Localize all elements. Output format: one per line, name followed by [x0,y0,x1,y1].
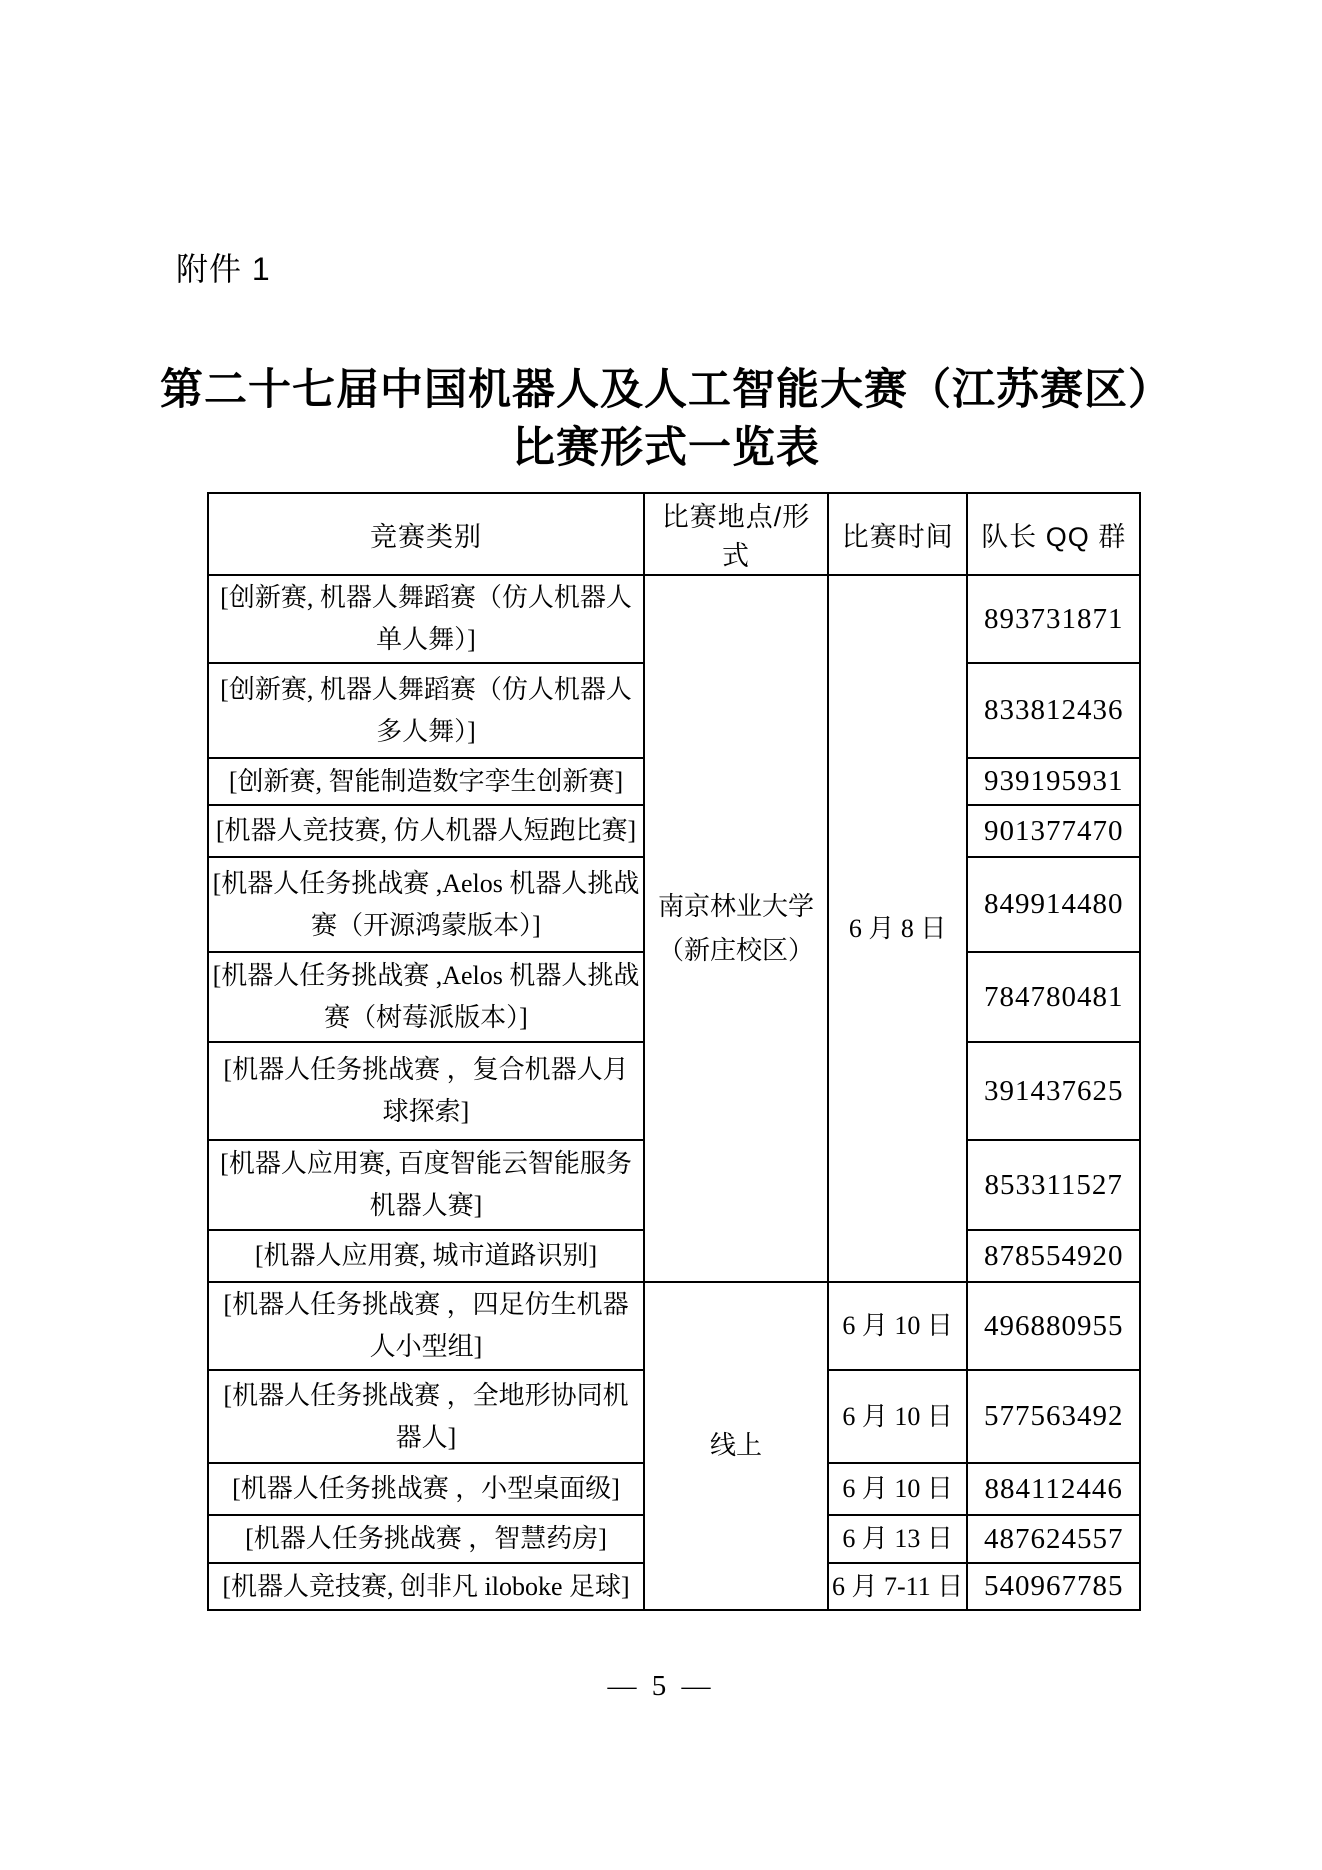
category-cell: [机器人任务挑战赛 ，全地形协同机器人] [208,1370,644,1463]
category-cell: [创新赛, 机器人舞蹈赛（仿人机器人单人舞）] [208,575,644,663]
column-header-qq: 队长 QQ 群 [967,493,1140,575]
time-cell: 6 月 10 日 [828,1370,967,1463]
qq-cell: 833812436 [967,663,1140,758]
qq-cell: 901377470 [967,805,1140,857]
table-header-row: 竞赛类别 比赛地点/形式 比赛时间 队长 QQ 群 [208,493,1140,575]
qq-cell: 939195931 [967,758,1140,805]
time-cell: 6 月 13 日 [828,1515,967,1563]
qq-cell: 784780481 [967,952,1140,1042]
qq-cell: 878554920 [967,1230,1140,1282]
category-cell: [机器人任务挑战赛 ,Aelos 机器人挑战赛（树莓派版本）] [208,952,644,1042]
table-row: [创新赛, 机器人舞蹈赛（仿人机器人单人舞）] 南京林业大学 （新庄校区） 6 … [208,575,1140,663]
competition-table: 竞赛类别 比赛地点/形式 比赛时间 队长 QQ 群 [创新赛, 机器人舞蹈赛（仿… [207,492,1141,1611]
document-subtitle: 比赛形式一览表 [61,420,1271,478]
location-line: 南京林业大学 [648,885,824,929]
qq-cell: 391437625 [967,1042,1140,1140]
qq-cell: 853311527 [967,1140,1140,1230]
category-cell: [机器人任务挑战赛 ,Aelos 机器人挑战赛（开源鸿蒙版本）] [208,857,644,952]
qq-cell: 884112446 [967,1463,1140,1515]
location-line: （新庄校区） [648,929,824,973]
qq-cell: 496880955 [967,1282,1140,1370]
location-cell-online: 线上 [644,1282,828,1610]
document-title-block: 第二十七届中国机器人及人工智能大赛（江苏赛区） 比赛形式一览表 [61,362,1271,478]
category-cell: [机器人应用赛, 百度智能云智能服务机器人赛] [208,1140,644,1230]
time-cell: 6 月 10 日 [828,1282,967,1370]
time-cell: 6 月 10 日 [828,1463,967,1515]
qq-cell: 540967785 [967,1563,1140,1610]
page-number: — 5 — [0,1670,1322,1703]
time-cell-offline: 6 月 8 日 [828,575,967,1282]
qq-cell: 849914480 [967,857,1140,952]
category-cell: [机器人任务挑战赛 ，复合机器人月球探索] [208,1042,644,1140]
time-cell: 6 月 7-11 日 [828,1563,967,1610]
column-header-category: 竞赛类别 [208,493,644,575]
category-cell: [机器人任务挑战赛 ，四足仿生机器人小型组] [208,1282,644,1370]
category-cell: [机器人竞技赛, 创非凡 iloboke 足球] [208,1563,644,1610]
category-cell: [创新赛, 机器人舞蹈赛（仿人机器人多人舞）] [208,663,644,758]
attachment-label: 附件 1 [176,244,271,290]
location-cell-offline: 南京林业大学 （新庄校区） [644,575,828,1282]
category-cell: [机器人任务挑战赛 ，小型桌面级] [208,1463,644,1515]
qq-cell: 893731871 [967,575,1140,663]
category-cell: [机器人竞技赛, 仿人机器人短跑比赛] [208,805,644,857]
column-header-location: 比赛地点/形式 [644,493,828,575]
qq-cell: 487624557 [967,1515,1140,1563]
category-cell: [创新赛, 智能制造数字孪生创新赛] [208,758,644,805]
document-page: 附件 1 第二十七届中国机器人及人工智能大赛（江苏赛区） 比赛形式一览表 竞赛类… [0,0,1322,1870]
qq-cell: 577563492 [967,1370,1140,1463]
category-cell: [机器人应用赛, 城市道路识别] [208,1230,644,1282]
column-header-time: 比赛时间 [828,493,967,575]
category-cell: [机器人任务挑战赛 ，智慧药房] [208,1515,644,1563]
table-row: [机器人任务挑战赛 ，四足仿生机器人小型组] 线上 6 月 10 日 49688… [208,1282,1140,1370]
document-title: 第二十七届中国机器人及人工智能大赛（江苏赛区） [61,362,1271,420]
